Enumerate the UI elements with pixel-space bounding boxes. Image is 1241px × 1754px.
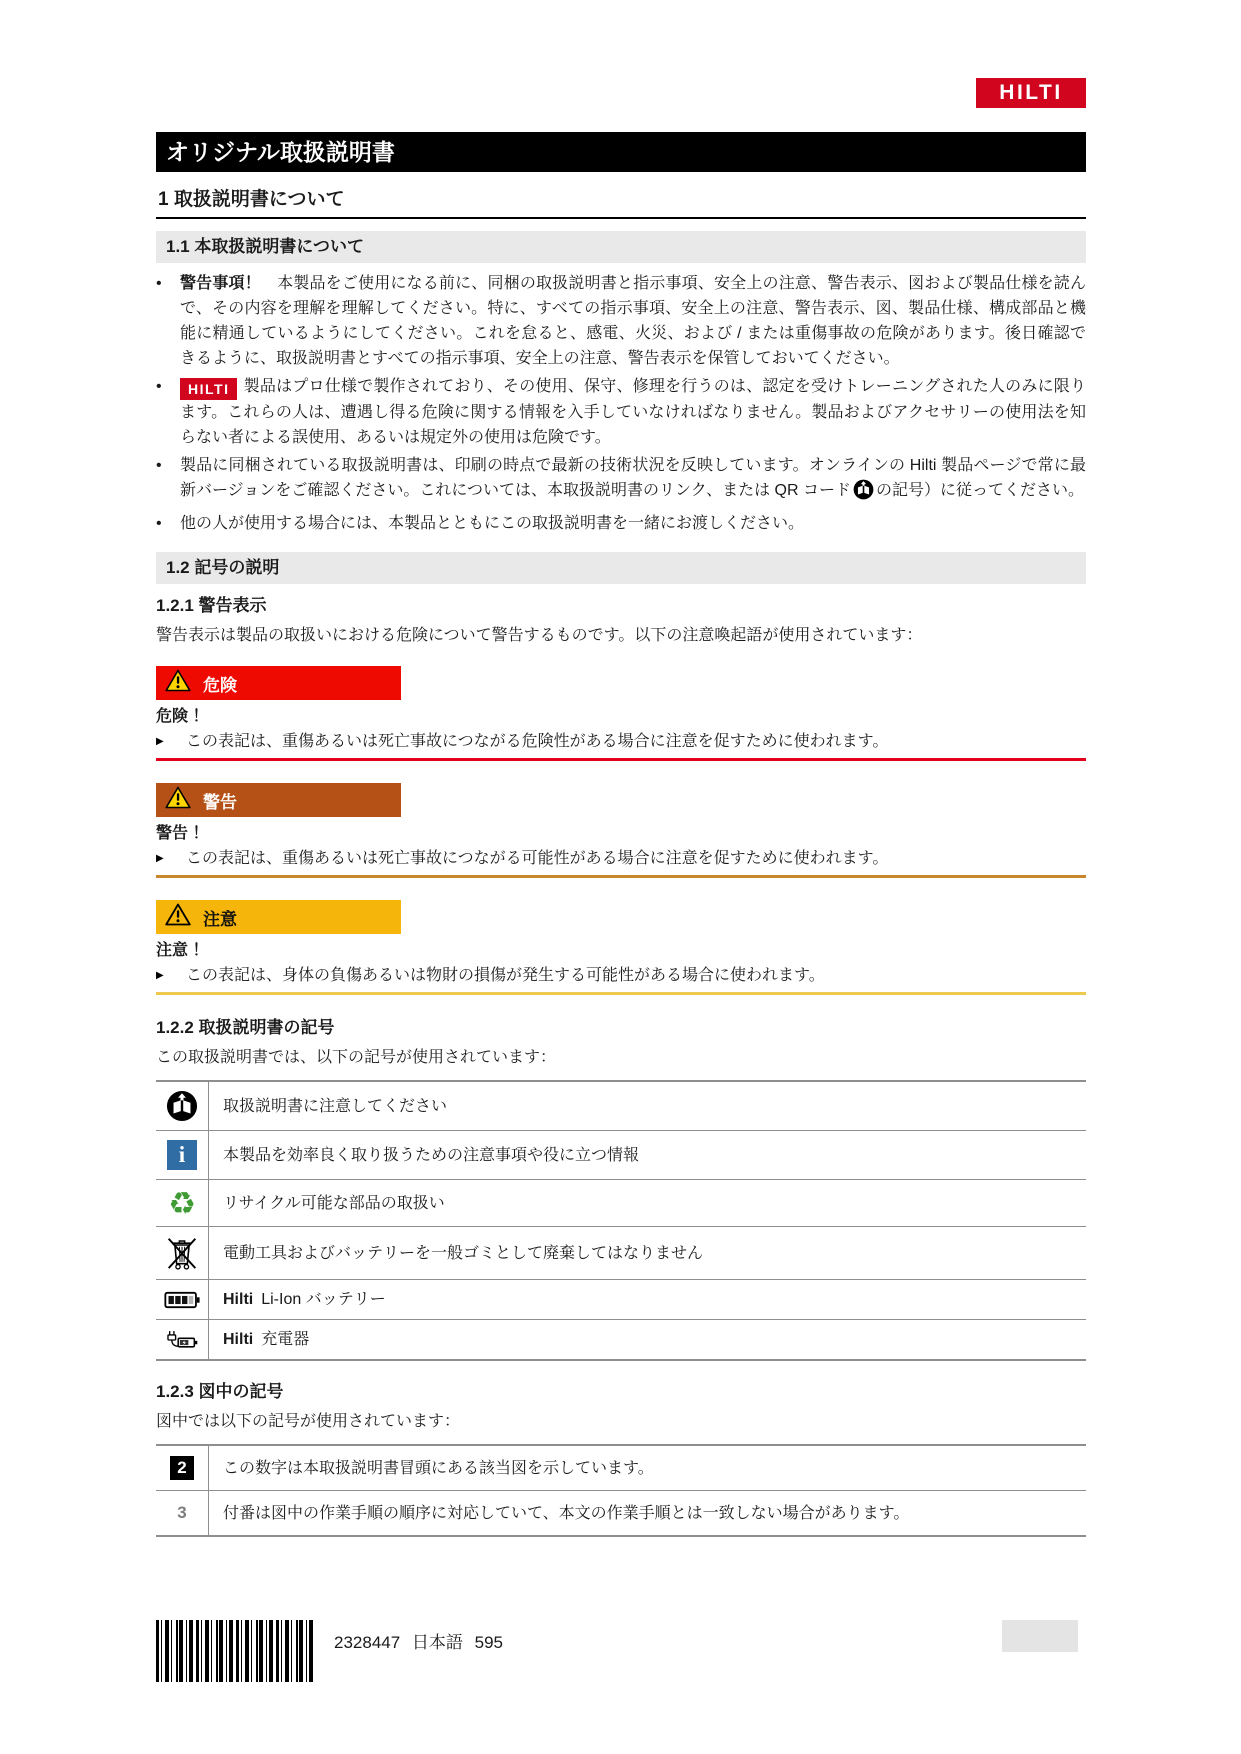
table-row: Hilti充電器 [156, 1319, 1086, 1359]
symbol-description: 付番は図中の作業手順の順序に対応していて、本文の作業手順とは一致しない場合があり… [209, 1491, 1086, 1535]
arrow-marker: ▶ [156, 846, 186, 871]
hilti-logo: HILTI [976, 78, 1086, 108]
symbol-description: HiltiLi-Ion バッテリー [209, 1280, 1086, 1319]
section-1-1-bullets: • 警告事項！ 本製品をご使用になる前に、同梱の取扱説明書と指示事項、安全上の注… [156, 271, 1086, 536]
section-1-2-1-title: 1.2.1 警告表示 [156, 595, 1086, 617]
symbol-description: 取扱説明書に注意してください [209, 1082, 1086, 1130]
page-marker-box [1002, 1620, 1078, 1652]
danger-item: ▶ この表記は、重傷あるいは死亡事故につながる危険性がある場合に注意を促すために… [156, 729, 1086, 761]
bullet-body: 本製品をご使用になる前に、同梱の取扱説明書と指示事項、安全上の注意、警告表示、図… [180, 275, 1086, 367]
header: HILTI [156, 78, 1086, 108]
manual-symbols-intro: この取扱説明書では、以下の記号が使用されています： [156, 1045, 1086, 1070]
warning-band-label: 警告 [203, 788, 237, 813]
section-1-2-2-title: 1.2.2 取扱説明書の記号 [156, 1017, 1086, 1039]
symbol-description: 電動工具およびバッテリーを一般ゴミとして廃棄してはなりません [209, 1227, 1086, 1279]
bullet-text: 製品に同梱されている取扱説明書は、印刷の時点で最新の技術状況を反映しています。オ… [180, 453, 1086, 508]
bullet-marker: • [156, 453, 180, 508]
warning-block: 警告 警告 ！ ▶ この表記は、重傷あるいは死亡事故につながる可能性がある場合に… [156, 783, 1086, 878]
arrow-marker: ▶ [156, 963, 186, 988]
banner-title: オリジナル取扱説明書 [156, 132, 1086, 172]
danger-band-label: 危険 [203, 671, 237, 696]
caution-item: ▶ この表記は、身体の負傷あるいは物財の損傷が発生する可能性がある場合に使われま… [156, 963, 1086, 995]
symbol-description: Hilti充電器 [209, 1320, 1086, 1359]
bullet-marker: • [156, 511, 180, 536]
bullet-lead: 警告事項！ [180, 275, 261, 292]
warning-band: 警告 [156, 783, 401, 817]
table-row: ♻ リサイクル可能な部品の取扱い [156, 1179, 1086, 1226]
manual-symbols-table: 取扱説明書に注意してください i 本製品を効率良く取り扱うための注意事項や役に立… [156, 1080, 1086, 1361]
list-item: • 警告事項！ 本製品をご使用になる前に、同梱の取扱説明書と指示事項、安全上の注… [156, 271, 1086, 371]
table-row: 電動工具およびバッテリーを一般ゴミとして廃棄してはなりません [156, 1226, 1086, 1279]
list-item: • 他の人が使用する場合には、本製品とともにこの取扱説明書を一緒にお渡しください… [156, 511, 1086, 536]
info-icon: i [156, 1131, 209, 1179]
warning-triangle-icon [165, 903, 191, 931]
figure-symbols-intro: 図中では以下の記号が使用されています： [156, 1409, 1086, 1434]
bullet-text: 他の人が使用する場合には、本製品とともにこの取扱説明書を一緒にお渡しください。 [180, 511, 1086, 536]
bullet-body: 製品はプロ仕様で製作されており、その使用、保守、修理を行うのは、認定を受けトレー… [180, 378, 1086, 446]
read-manual-icon [156, 1082, 209, 1130]
caution-word: 注意 ！ [156, 938, 1086, 963]
section-1-2-3-title: 1.2.3 図中の記号 [156, 1381, 1086, 1403]
section-1-title: 1 取扱説明書について [156, 182, 1086, 219]
barcode [156, 1620, 316, 1682]
symbol-description: 本製品を効率良く取り扱うための注意事項や役に立つ情報 [209, 1131, 1086, 1179]
recycle-icon: ♻ [156, 1180, 209, 1226]
bullet-marker: • [156, 374, 180, 450]
warning-item: ▶ この表記は、重傷あるいは死亡事故につながる可能性がある場合に注意を促すために… [156, 846, 1086, 878]
list-item: • HILTI製品はプロ仕様で製作されており、その使用、保守、修理を行うのは、認… [156, 374, 1086, 450]
battery-icon [156, 1280, 209, 1319]
danger-word: 危険 ！ [156, 704, 1086, 729]
caution-band-label: 注意 [203, 905, 237, 930]
bullet-text: HILTI製品はプロ仕様で製作されており、その使用、保守、修理を行うのは、認定を… [180, 374, 1086, 450]
warning-word: 警告 ！ [156, 821, 1086, 846]
table-row: 取扱説明書に注意してください [156, 1082, 1086, 1130]
table-row: 3 付番は図中の作業手順の順序に対応していて、本文の作業手順とは一致しない場合が… [156, 1490, 1086, 1535]
read-manual-icon [853, 479, 874, 508]
symbol-description: この数字は本取扱説明書冒頭にある該当図を示しています。 [209, 1446, 1086, 1490]
hilti-inline-logo: HILTI [180, 378, 237, 400]
danger-band: 危険 [156, 666, 401, 700]
list-item: • 製品に同梱されている取扱説明書は、印刷の時点で最新の技術状況を反映しています… [156, 453, 1086, 508]
danger-block: 危険 危険 ！ ▶ この表記は、重傷あるいは死亡事故につながる危険性がある場合に… [156, 666, 1086, 761]
content-column: HILTI オリジナル取扱説明書 1 取扱説明書について 1.1 本取扱説明書に… [156, 0, 1086, 1537]
table-row: i 本製品を効率良く取り扱うための注意事項や役に立つ情報 [156, 1130, 1086, 1179]
weee-bin-icon [156, 1227, 209, 1279]
caution-text: この表記は、身体の負傷あるいは物財の損傷が発生する可能性がある場合に使われます。 [186, 963, 825, 988]
figure-symbols-table: 2 この数字は本取扱説明書冒頭にある該当図を示しています。 3 付番は図中の作業… [156, 1444, 1086, 1537]
section-1-1-title: 1.1 本取扱説明書について [156, 231, 1086, 263]
warning-intro: 警告表示は製品の取扱いにおける危険について警告するものです。以下の注意喚起語が使… [156, 623, 1086, 648]
caution-band: 注意 [156, 900, 401, 934]
charger-icon [156, 1320, 209, 1359]
bullet-marker: • [156, 271, 180, 371]
symbol-description: リサイクル可能な部品の取扱い [209, 1180, 1086, 1226]
figure-number-icon: 2 [156, 1446, 209, 1490]
bullet-text: 警告事項！ 本製品をご使用になる前に、同梱の取扱説明書と指示事項、安全上の注意、… [180, 271, 1086, 371]
section-1-2-title: 1.2 記号の説明 [156, 552, 1086, 584]
caution-block: 注意 注意 ！ ▶ この表記は、身体の負傷あるいは物財の損傷が発生する可能性があ… [156, 900, 1086, 995]
warning-triangle-icon [165, 786, 191, 814]
document-id: 2328447 日本語 595 [334, 1628, 503, 1653]
bullet-body: の記号）に従ってください。 [876, 482, 1084, 499]
arrow-marker: ▶ [156, 729, 186, 754]
step-number-icon: 3 [156, 1491, 209, 1535]
table-row: 2 この数字は本取扱説明書冒頭にある該当図を示しています。 [156, 1446, 1086, 1490]
table-row: HiltiLi-Ion バッテリー [156, 1279, 1086, 1319]
manual-page: HILTI オリジナル取扱説明書 1 取扱説明書について 1.1 本取扱説明書に… [0, 0, 1241, 1754]
warning-triangle-icon [165, 669, 191, 697]
warning-text: この表記は、重傷あるいは死亡事故につながる可能性がある場合に注意を促すために使わ… [186, 846, 888, 871]
danger-text: この表記は、重傷あるいは死亡事故につながる危険性がある場合に注意を促すために使わ… [186, 729, 888, 754]
